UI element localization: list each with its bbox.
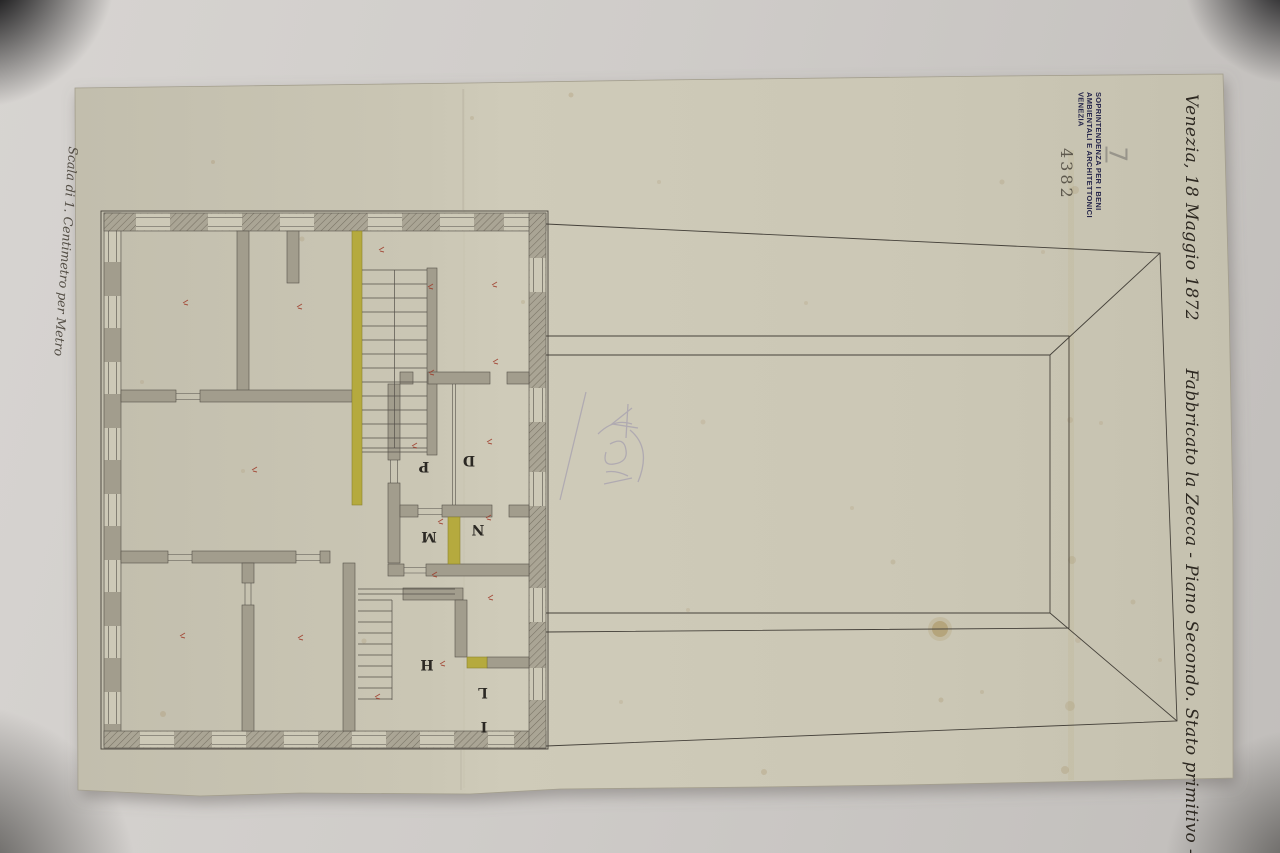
photo-backdrop: P D M N H L I SOPRINTENDENZA PER I BENI … [0, 0, 1280, 853]
room-label-L: L [478, 684, 488, 700]
inventory-number: 4382 [1056, 92, 1076, 226]
top-exterior-wall [104, 213, 546, 231]
title-inscription: Venezia, 18 Maggio 1872 Fabbricato la Ze… [1181, 94, 1201, 800]
room-label-P: P [418, 458, 429, 474]
room-label-I: I [481, 718, 488, 734]
inscription-subject: Fabbricato la Zecca - Piano Secondo. Sta… [1181, 369, 1201, 853]
stamp-line-3: VENEZIA [1076, 92, 1085, 226]
bottom-exterior-wall [104, 731, 546, 748]
stamp-line-1: SOPRINTENDENZA PER I BENI [1093, 92, 1102, 226]
inscription-date: Venezia, 18 Maggio 1872 [1181, 94, 1201, 321]
inscription-gap [1191, 327, 1192, 363]
stamp-line-2: AMBIENTALI E ARCHITETTONICI [1085, 92, 1094, 226]
room-label-D: D [463, 452, 475, 468]
left-exterior-wall [104, 213, 121, 746]
right-exterior-wall [529, 213, 546, 748]
soprintendenza-stamp: SOPRINTENDENZA PER I BENI AMBIENTALI E A… [1056, 92, 1102, 226]
room-label-N: N [471, 521, 484, 537]
room-label-M: M [421, 528, 437, 544]
room-label-H: H [420, 656, 433, 672]
pencil-number: 7 [1103, 147, 1132, 163]
